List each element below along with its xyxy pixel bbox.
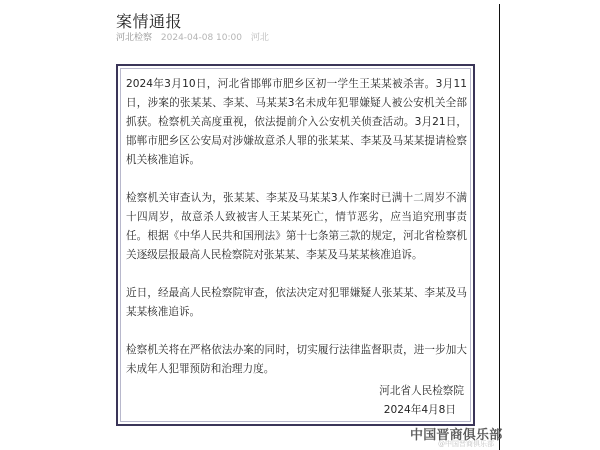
notice-body: 2024年3月10日，河北省邯郸市肥乡区初一学生王某某被杀害。3月11日，涉案的…	[126, 75, 467, 398]
notice-paragraph-2: 检察机关审查认为，张某某、李某及马某某3人作案时已满十二周岁不满十四周岁，故意杀…	[126, 189, 467, 265]
publish-location: 河北	[251, 33, 269, 43]
weibo-watermark: @中国晋商俱乐部	[438, 439, 494, 449]
notice-signature: 河北省人民检察院 2024年4月8日	[379, 382, 464, 420]
signature-organization: 河北省人民检察院	[379, 382, 464, 401]
account-name-link[interactable]: 河北检察	[116, 33, 152, 43]
signature-date: 2024年4月8日	[379, 401, 464, 420]
article-title: 案情通报	[116, 9, 182, 32]
notice-paragraph-3: 近日，经最高人民检察院审查，依法决定对犯罪嫌疑人张某某、李某及马某某核准追诉。	[126, 284, 467, 322]
notice-image-box: 2024年3月10日，河北省邯郸市肥乡区初一学生王某某被杀害。3月11日，涉案的…	[116, 64, 475, 426]
publish-time: 2024-04-08 10:00	[161, 33, 242, 43]
article-meta: 河北检察 2024-04-08 10:00 河北	[116, 30, 269, 43]
notice-paragraph-4: 检察机关将在严格依法办案的同时，切实履行法律监督职责，进一步加大未成年人犯罪预防…	[126, 341, 467, 379]
notice-paragraph-1: 2024年3月10日，河北省邯郸市肥乡区初一学生王某某被杀害。3月11日，涉案的…	[126, 75, 467, 170]
vertical-divider	[499, 4, 500, 450]
